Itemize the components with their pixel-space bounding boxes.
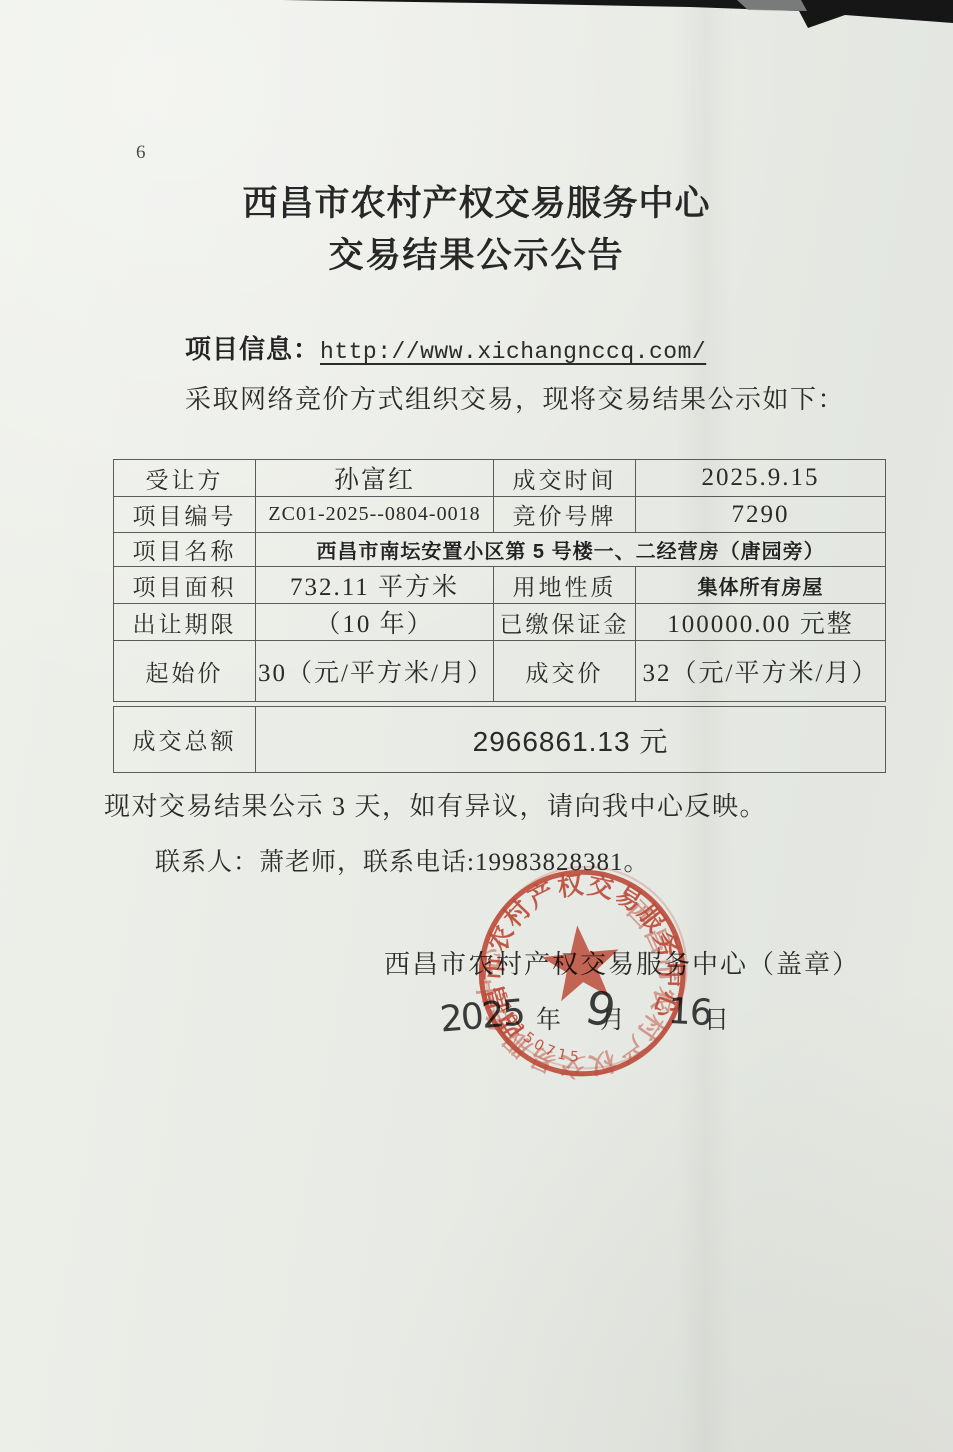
cell-label: 项目编号 xyxy=(114,497,256,533)
cell-value: （10 年） xyxy=(256,604,494,641)
intro-text: 采取网络竞价方式组织交易，现将交易结果公示如下： xyxy=(185,379,845,416)
page-number: 6 xyxy=(136,142,146,164)
cell-label: 已缴保证金 xyxy=(494,604,636,641)
cell-label: 用地性质 xyxy=(494,567,636,604)
cell-value: 集体所有房屋 xyxy=(636,567,886,604)
cell-value: ZC01-2025--0804-0018 xyxy=(256,497,494,533)
cell-value: 7290 xyxy=(636,497,886,533)
table-row: 项目名称 西昌市南坛安置小区第 5 号楼一、二经营房（唐园旁） xyxy=(114,533,886,567)
cell-value: 30（元/平方米/月） xyxy=(256,641,494,702)
cell-value: 732.11 平方米 xyxy=(256,567,494,604)
cell-value: 100000.00 元整 xyxy=(636,604,886,641)
official-seal: 西昌市农村产权交易服务中心 西昌市农村产权交易服务中心 51015071522 xyxy=(459,847,705,1095)
day-unit: 日 xyxy=(704,1000,729,1036)
table-row: 项目面积 732.11 平方米 用地性质 集体所有房屋 xyxy=(114,567,886,604)
seal-star-icon xyxy=(539,921,624,1002)
page-subtitle: 交易结果公示公告 xyxy=(0,228,953,278)
page-title: 西昌市农村产权交易服务中心 xyxy=(0,176,953,226)
project-info-label: 项目信息： xyxy=(185,335,320,364)
total-label: 成交总额 xyxy=(114,707,256,773)
table-row: 出让期限 （10 年） 已缴保证金 100000.00 元整 xyxy=(114,604,886,641)
cell-value: 32（元/平方米/月） xyxy=(636,641,886,702)
cell-label: 受让方 xyxy=(114,460,256,497)
project-info-line: 项目信息：http://www.xichangnccq.com/ xyxy=(185,329,706,366)
total-value: 2966861.13 元 xyxy=(256,707,886,773)
total-row-table: 成交总额 2966861.13 元 xyxy=(113,706,886,773)
cell-value: 2025.9.15 xyxy=(636,460,886,497)
cell-label: 项目面积 xyxy=(114,567,256,604)
results-table: 受让方 孙富红 成交时间 2025.9.15 项目编号 ZC01-2025--0… xyxy=(113,459,886,702)
table-row: 受让方 孙富红 成交时间 2025.9.15 xyxy=(114,460,886,497)
results-table-wrap: 受让方 孙富红 成交时间 2025.9.15 项目编号 ZC01-2025--0… xyxy=(113,459,885,773)
cell-value: 孙富红 xyxy=(256,460,494,497)
photographed-document: 6 西昌市农村产权交易服务中心 交易结果公示公告 项目信息：http://www… xyxy=(0,0,953,1452)
cell-label: 成交时间 xyxy=(494,460,636,497)
cell-value-merged: 西昌市南坛安置小区第 5 号楼一、二经营房（唐园旁） xyxy=(256,533,886,567)
table-row: 起始价 30（元/平方米/月） 成交价 32（元/平方米/月） xyxy=(114,641,886,702)
cell-label: 起始价 xyxy=(114,641,256,702)
cell-label: 成交价 xyxy=(494,641,636,702)
paper-edge-shadow xyxy=(0,0,953,34)
notice-text: 现对交易结果公示 3 天，如有异议，请向我中心反映。 xyxy=(104,786,767,823)
project-info-url: http://www.xichangnccq.com/ xyxy=(320,339,706,365)
total-row: 成交总额 2966861.13 元 xyxy=(114,707,886,773)
cell-label: 项目名称 xyxy=(114,533,256,567)
cell-label: 竞价号牌 xyxy=(494,497,636,533)
cell-label: 出让期限 xyxy=(114,604,256,641)
table-row: 项目编号 ZC01-2025--0804-0018 竞价号牌 7290 xyxy=(114,497,886,533)
